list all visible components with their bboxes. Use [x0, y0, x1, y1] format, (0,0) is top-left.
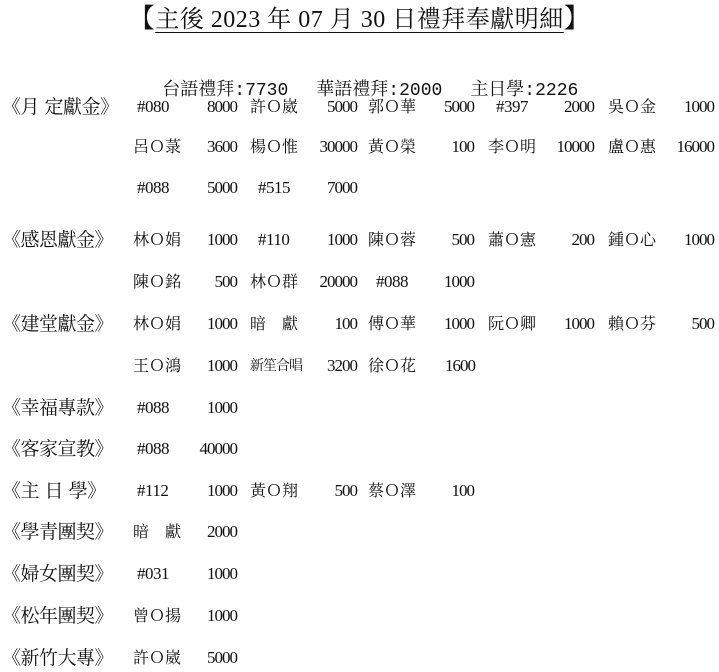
category-label: 《新竹大專》	[2, 643, 130, 672]
offering-line: 王Ｏ鴻 1000 新笙合唱 3200 徐Ｏ花 1600	[0, 351, 719, 381]
attendance-summary: 台語禮拜:7730華語禮拜:2000主日學:2226	[0, 46, 719, 76]
donation-amount: 2000	[180, 517, 237, 547]
offering-line: 陳Ｏ銘 500 林Ｏ群 20000 #088 1000	[0, 267, 719, 297]
donor-name: #397	[496, 92, 528, 122]
donor-name: 許Ｏ崴	[250, 92, 298, 122]
donor-name: 許Ｏ崴	[133, 643, 181, 672]
category-label: 《松年團契》	[2, 601, 130, 631]
donor-name: #088	[376, 267, 408, 297]
donor-name: #112	[137, 476, 168, 506]
donation-amount: 1600	[368, 351, 475, 381]
donation-amount: 1000	[657, 225, 714, 255]
donor-name: 陳Ｏ銘	[133, 267, 181, 297]
donor-name: 傅Ｏ華	[368, 309, 416, 339]
donor-name: 盧Ｏ惠	[608, 132, 656, 162]
donor-name: 林Ｏ娟	[133, 309, 181, 339]
donor-name: #088	[137, 434, 169, 464]
donation-amount: 3200	[300, 351, 357, 381]
donor-name: 暗 獻	[250, 309, 298, 339]
donor-name: 黃Ｏ榮	[368, 132, 416, 162]
category-label: 《學青團契》	[2, 517, 130, 547]
donation-amount: 8000	[180, 92, 237, 122]
offering-section-youth-fellowship: 《學青團契》 暗 獻 2000	[0, 517, 719, 547]
donation-amount: 200	[537, 225, 594, 255]
offering-section-hakka-mission: 《客家宣教》 #088 40000	[0, 434, 719, 464]
donor-name: #080	[137, 92, 169, 122]
donor-name: 王Ｏ鴻	[133, 351, 181, 381]
donation-amount: 5000	[417, 92, 474, 122]
donor-name: 新笙合唱	[250, 351, 302, 381]
category-label: 《建堂獻金》	[2, 309, 130, 339]
donation-amount: 5000	[300, 92, 357, 122]
donor-name: 鍾Ｏ心	[608, 225, 656, 255]
donor-name: 林Ｏ群	[250, 267, 298, 297]
donation-amount: 500	[180, 267, 237, 297]
donation-amount: 5000	[180, 173, 237, 203]
donation-amount: 20000	[300, 267, 357, 297]
donation-amount: 500	[300, 476, 357, 506]
donor-name: #110	[258, 225, 289, 255]
offering-section-building: 《建堂獻金》 林Ｏ娟 1000 暗 獻 100 傅Ｏ華 1000 阮Ｏ卿 100…	[0, 309, 719, 339]
donation-amount: 30000	[300, 132, 357, 162]
offering-section-happiness: 《幸福專款》 #088 1000	[0, 393, 719, 423]
donation-amount: 1000	[657, 92, 714, 122]
category-label: 《感恩獻金》	[2, 225, 130, 255]
offering-line: #088 5000 #515 7000	[0, 173, 719, 203]
donation-amount: 7000	[300, 173, 357, 203]
donor-name: 陳Ｏ蓉	[368, 225, 416, 255]
offering-section-hsinchu-college: 《新竹大專》 許Ｏ崴 5000	[0, 643, 719, 672]
offering-section-sunday-school: 《主 日 學》 #112 1000 黃Ｏ翔 500 蔡Ｏ澤 100	[0, 476, 719, 506]
page-title: 【主後 2023 年 07 月 30 日禮拜奉獻明細】	[0, 2, 719, 36]
donor-name: 林Ｏ娟	[133, 225, 181, 255]
title-open-bracket: 【	[129, 4, 156, 33]
donation-amount: 100	[417, 476, 474, 506]
donor-name: 黃Ｏ翔	[250, 476, 298, 506]
donation-amount: 1000	[180, 225, 237, 255]
category-label: 《幸福專款》	[2, 393, 130, 423]
offering-section-senior-fellowship: 《松年團契》 曾Ｏ揚 1000	[0, 601, 719, 631]
donation-amount: 16000	[657, 132, 714, 162]
donor-name: 阮Ｏ卿	[488, 309, 536, 339]
donation-amount: 5000	[180, 643, 237, 672]
donor-name: 吳Ｏ金	[608, 92, 656, 122]
donor-name: #031	[137, 559, 169, 589]
donation-amount: 1000	[180, 309, 237, 339]
donation-amount: 3600	[180, 132, 237, 162]
category-label: 《客家宣教》	[2, 434, 130, 464]
donor-name: 賴Ｏ芬	[608, 309, 656, 339]
donation-amount: 100	[300, 309, 357, 339]
category-label: 《月 定獻金》	[2, 92, 130, 122]
donor-name: 蕭Ｏ憲	[488, 225, 536, 255]
donation-amount: 1000	[417, 309, 474, 339]
donation-amount: 40000	[180, 434, 237, 464]
donation-amount: 500	[417, 225, 474, 255]
offering-section-monthly: 《月 定獻金》 #080 8000 許Ｏ崴 5000 郭Ｏ華 5000 #397…	[0, 92, 719, 122]
donation-amount: 1000	[180, 393, 237, 423]
donation-amount: 1000	[180, 351, 237, 381]
donation-amount: 1000	[180, 476, 237, 506]
donor-name: 郭Ｏ華	[368, 92, 416, 122]
donation-amount: 1000	[180, 601, 237, 631]
title-text: 主後 2023 年 07 月 30 日禮拜奉獻明細	[155, 7, 564, 33]
donor-name: #088	[137, 393, 169, 423]
donation-amount: 2000	[537, 92, 594, 122]
donor-name: #515	[258, 173, 290, 203]
donation-amount: 100	[417, 132, 474, 162]
offering-section-thanksgiving: 《感恩獻金》 林Ｏ娟 1000 #110 1000 陳Ｏ蓉 500 蕭Ｏ憲 20…	[0, 225, 719, 255]
donor-name: 蔡Ｏ澤	[368, 476, 416, 506]
offering-line: 呂Ｏ菉 3600 楊Ｏ惟 30000 黃Ｏ榮 100 李Ｏ明 10000 盧Ｏ惠…	[0, 132, 719, 162]
title-close-bracket: 】	[564, 4, 591, 33]
category-label: 《主 日 學》	[2, 476, 130, 506]
donation-amount: 10000	[537, 132, 594, 162]
donation-amount: 1000	[300, 225, 357, 255]
category-label: 《婦女團契》	[2, 559, 130, 589]
offering-section-women-fellowship: 《婦女團契》 #031 1000	[0, 559, 719, 589]
donation-amount: 1000	[417, 267, 474, 297]
donor-name: 楊Ｏ惟	[250, 132, 298, 162]
donation-amount: 1000	[180, 559, 237, 589]
donation-amount: 500	[657, 309, 714, 339]
donor-name: 暗 獻	[133, 517, 181, 547]
donor-name: #088	[137, 173, 169, 203]
donor-name: 曾Ｏ揚	[133, 601, 181, 631]
donor-name: 呂Ｏ菉	[133, 132, 181, 162]
donation-amount: 1000	[537, 309, 594, 339]
donor-name: 李Ｏ明	[488, 132, 536, 162]
